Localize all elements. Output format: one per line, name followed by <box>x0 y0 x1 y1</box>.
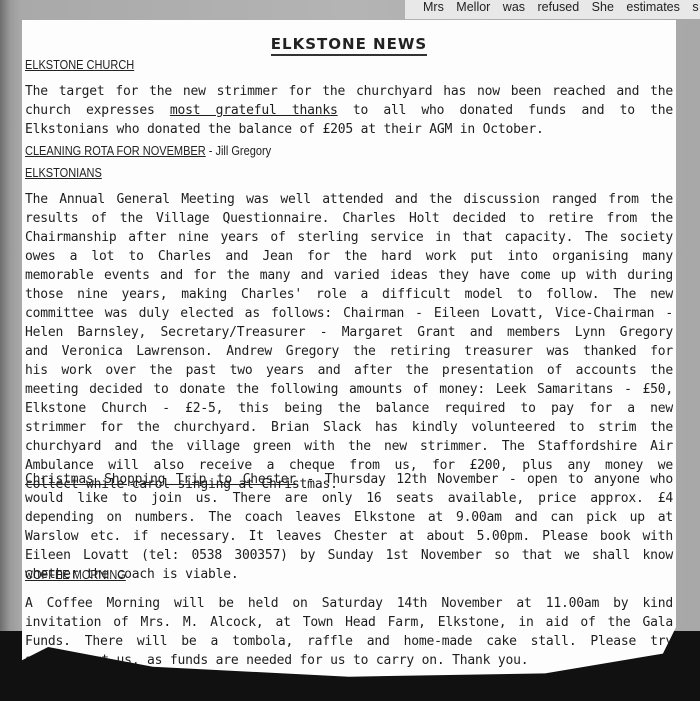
text-line: his work over the past two years and aft… <box>25 361 673 380</box>
masthead-title: ELKSTONE NEWS <box>271 35 427 56</box>
text-line: depending on numbers. The coach leaves E… <box>25 508 673 527</box>
background-edge <box>0 0 10 640</box>
text-line: churchyard and the village green with th… <box>25 437 673 456</box>
text-line: Elkstonians who donated the balance of £… <box>25 120 673 139</box>
text-line: Helen Barnsley, Secretary/Treasurer - Ma… <box>25 323 673 342</box>
text-line: Christmas Shopping Trip to Chester - Thu… <box>25 470 673 489</box>
text-line: those nine years, making Charles' role a… <box>25 285 673 304</box>
text-line: The target for the new strimmer for the … <box>25 82 673 101</box>
church-paragraph: The target for the new strimmer for the … <box>25 82 673 139</box>
elkstonians-paragraph: The Annual General Meeting was well atte… <box>25 190 673 494</box>
adjacent-clipping-text: Mrs Mellor was refused She estimates s <box>423 0 699 14</box>
text-line: invitation of Mrs. M. Alcock, at Town He… <box>25 613 673 632</box>
trip-paragraph: Christmas Shopping Trip to Chester - Thu… <box>25 470 673 584</box>
section-heading-cleaning: CLEANING ROTA FOR NOVEMBER - Jill Gregor… <box>25 144 271 158</box>
text-line: Eileen Lovatt (tel: 0538 300357) by Sund… <box>25 546 673 565</box>
emphasis-text: most grateful thanks <box>170 103 338 118</box>
section-heading-coffee: COFFEE MORNING <box>25 568 126 582</box>
text-line: and Veronica Lawrenson. Andrew Gregory t… <box>25 342 673 361</box>
text-line: The Annual General Meeting was well atte… <box>25 190 673 209</box>
text-line: Funds. There will be a tombola, raffle a… <box>25 632 673 651</box>
trip-heading: Christmas Shopping Trip to Chester <box>25 472 296 487</box>
text-line: meeting decided to donate the following … <box>25 380 673 399</box>
text-line: owes a lot to Charles and Jean for the h… <box>25 247 673 266</box>
section-heading-elkstonians: ELKSTONIANS <box>25 166 102 180</box>
text-line: Elkstone Church - £2-5, this being the b… <box>25 399 673 418</box>
newspaper-clipping: ELKSTONE NEWS ELKSTONE CHURCH The target… <box>22 20 676 680</box>
coffee-paragraph: A Coffee Morning will be held on Saturda… <box>25 594 673 670</box>
text-line: memorable events and for the many and va… <box>25 266 673 285</box>
text-line: A Coffee Morning will be held on Saturda… <box>25 594 673 613</box>
text-line: church expresses most grateful thanks to… <box>25 101 673 120</box>
masthead: ELKSTONE NEWS <box>22 34 676 53</box>
adjacent-clipping: Mrs Mellor was refused She estimates s <box>405 0 700 19</box>
text-line: Chairmanship after nine years of sterlin… <box>25 228 673 247</box>
text-line: strimmer for the churchyard. Brian Slack… <box>25 418 673 437</box>
text-line: committee was duly elected as follows: C… <box>25 304 673 323</box>
text-line: results of the Village Questionnaire. Ch… <box>25 209 673 228</box>
section-heading-church: ELKSTONE CHURCH <box>25 58 134 72</box>
text-line: would like to join us. There are only 16… <box>25 489 673 508</box>
text-line: Warslow etc. if necessary. It leaves Che… <box>25 527 673 546</box>
